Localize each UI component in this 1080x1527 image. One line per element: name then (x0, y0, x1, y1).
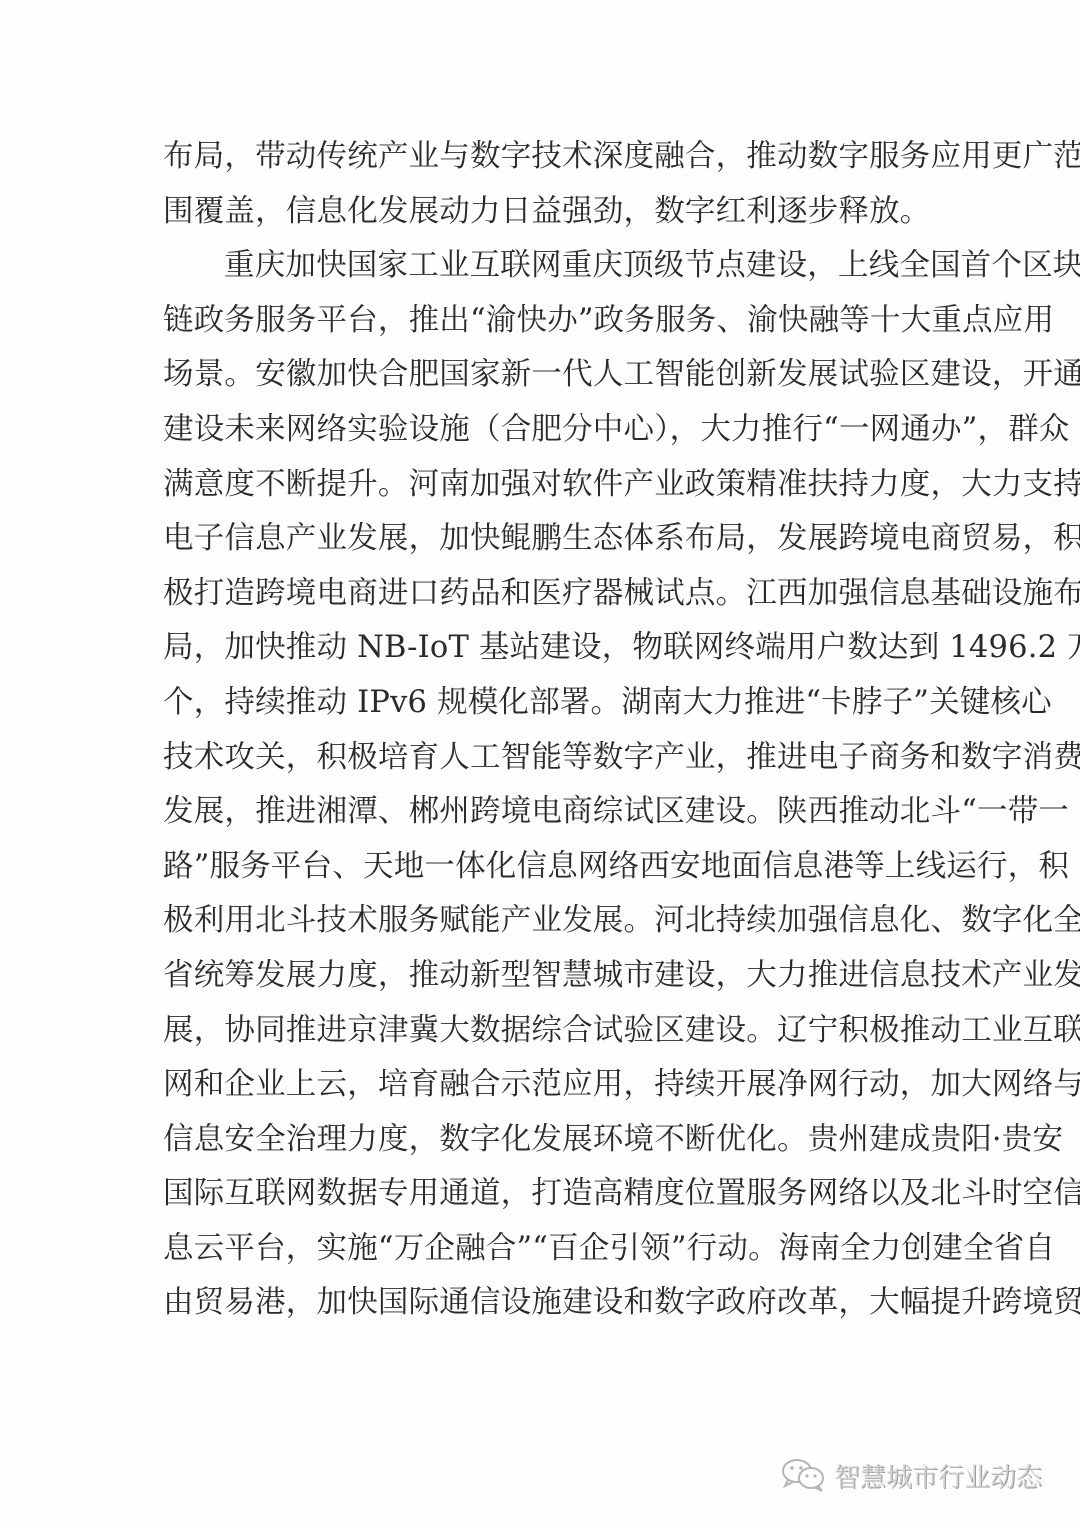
text-line: 省统筹发展力度，推动新型智慧城市建设，大力推进信息技术产业发 (163, 953, 919, 1008)
text-line: 电子信息产业发展，加快鲲鹏生态体系布局，发展跨境电商贸易，积 (163, 516, 919, 571)
wechat-icon (780, 1458, 828, 1492)
text-line: 个，持续推动 IPv6 规模化部署。湖南大力推进“卡脖子”关键核心 (163, 680, 919, 735)
text-line: 布局，带动传统产业与数字技术深度融合，推动数字服务应用更广范 (163, 134, 919, 189)
text-line: 路”服务平台、天地一体化信息网络西安地面信息港等上线运行，积 (163, 844, 919, 899)
document-body: 布局，带动传统产业与数字技术深度融合，推动数字服务应用更广范围覆盖，信息化发展动… (163, 134, 919, 1335)
text-line: 场景。安徽加快合肥国家新一代人工智能创新发展试验区建设，开通 (163, 352, 919, 407)
text-line: 息云平台，实施“万企融合”“百企引领”行动。海南全力创建全省自 (163, 1226, 919, 1281)
text-line: 极打造跨境电商进口药品和医疗器械试点。江西加强信息基础设施布 (163, 571, 919, 626)
text-line: 由贸易港，加快国际通信设施建设和数字政府改革，大幅提升跨境贸 (163, 1280, 919, 1335)
text-line: 技术攻关，积极培育人工智能等数字产业，推进电子商务和数字消费 (163, 735, 919, 790)
text-line: 建设未来网络实验设施（合肥分中心），大力推行“一网通办”，群众 (163, 407, 919, 462)
text-line: 重庆加快国家工业互联网重庆顶级节点建设，上线全国首个区块 (163, 243, 919, 298)
text-line: 发展，推进湘潭、郴州跨境电商综试区建设。陕西推动北斗“一带一 (163, 789, 919, 844)
text-line: 满意度不断提升。河南加强对软件产业政策精准扶持力度，大力支持 (163, 462, 919, 517)
document-page: 布局，带动传统产业与数字技术深度融合，推动数字服务应用更广范围覆盖，信息化发展动… (0, 0, 1080, 1527)
text-line: 展，协同推进京津冀大数据综合试验区建设。辽宁积极推动工业互联 (163, 1008, 919, 1063)
watermark-label: 智慧城市行业动态 (834, 1457, 1042, 1494)
text-line: 极利用北斗技术服务赋能产业发展。河北持续加强信息化、数字化全 (163, 898, 919, 953)
wechat-watermark: 智慧城市行业动态 (780, 1458, 1042, 1492)
text-line: 国际互联网数据专用通道，打造高精度位置服务网络以及北斗时空信 (163, 1171, 919, 1226)
text-line: 局，加快推动 NB-IoT 基站建设，物联网终端用户数达到 1496.2 万 (163, 625, 919, 680)
text-line: 围覆盖，信息化发展动力日益强劲，数字红利逐步释放。 (163, 189, 919, 244)
text-line: 链政务服务平台，推出“渝快办”政务服务、渝快融等十大重点应用 (163, 298, 919, 353)
text-line: 网和企业上云，培育融合示范应用，持续开展净网行动，加大网络与 (163, 1062, 919, 1117)
text-line: 信息安全治理力度，数字化发展环境不断优化。贵州建成贵阳·贵安 (163, 1117, 919, 1172)
